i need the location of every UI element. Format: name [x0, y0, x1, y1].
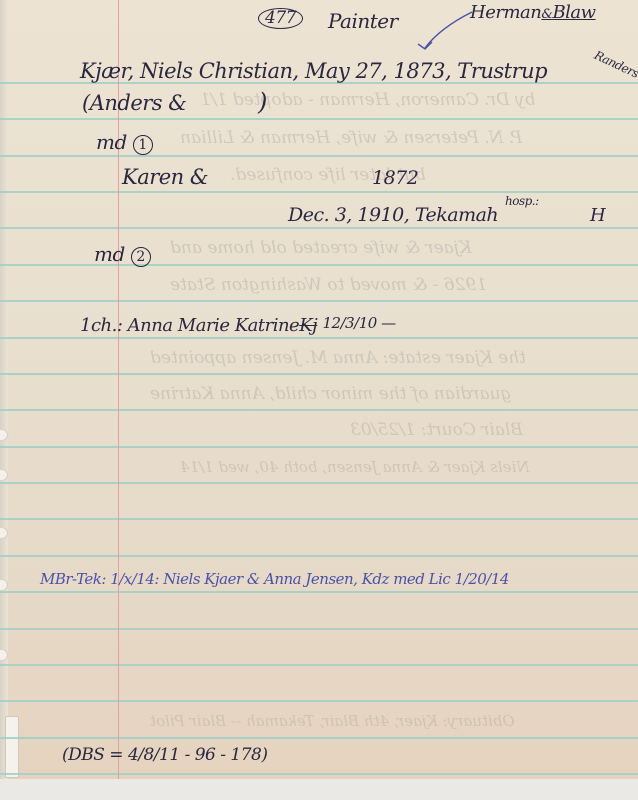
death-date: Dec. 3, 1910, Tekamah — [288, 204, 498, 226]
bleedthrough-text: the Kjaer estate: Anna M. Jensen appoint… — [150, 348, 526, 368]
bleedthrough-text: 1926 - & moved to Washington State — [170, 275, 487, 295]
ruling-line — [0, 118, 638, 120]
blue-ink-note: MBr-Tek: 1/x/14: Niels Kjaer & Anna Jens… — [40, 570, 509, 588]
scan-background — [0, 779, 638, 800]
ruling-line — [0, 155, 638, 157]
bleedthrough-text: P. N. Petersen & wife, Herman & Lillian — [180, 128, 522, 148]
ruling-line — [0, 409, 638, 411]
ruling-line — [0, 337, 638, 339]
ruling-line — [0, 518, 638, 520]
ledger-page: by Dr. Cameron, Herman - adopted 1/1 P. … — [0, 0, 638, 779]
bleedthrough-text: by Dr. Cameron, Herman - adopted 1/1 — [200, 90, 535, 110]
ruling-line — [0, 227, 638, 229]
ruling-line — [0, 446, 638, 448]
ruling-line — [0, 373, 638, 375]
ruling-line — [0, 300, 638, 302]
ruling-line — [0, 482, 638, 484]
ruling-line — [0, 191, 638, 193]
spouse-1-name: Karen & — [122, 165, 208, 189]
entry-name-line: Kjær, Niels Christian, May 27, 1873, Tru… — [80, 59, 547, 83]
ruling-line — [0, 555, 638, 557]
footer-reference: (DBS = 4/8/11 - 96 - 178) — [62, 745, 268, 765]
death-code: H — [590, 205, 605, 226]
ruling-line — [0, 664, 638, 666]
marriage-1-label: md 1 — [96, 130, 153, 155]
ruling-line — [0, 628, 638, 630]
bleedthrough-text: Obituary: Kjaer, 4th Blair, Tekamah -- B… — [150, 712, 515, 730]
ruling-line — [0, 591, 638, 593]
ruling-line — [0, 700, 638, 702]
death-note: hosp.: — [505, 194, 539, 208]
ruling-line — [0, 773, 638, 775]
bleedthrough-text: guardian of the minor child, Anna Katrin… — [150, 384, 511, 404]
children-line: 1ch.: Anna Marie KatrineKj 12/3/10 — — [80, 314, 396, 336]
parents-line: (Anders & — [82, 91, 186, 115]
marriage-2-label: md 2 — [94, 242, 151, 267]
ruling-line — [0, 737, 638, 739]
bleedthrough-text: Kjaer & wife created old home and — [170, 238, 472, 258]
parents-close: ) — [258, 88, 267, 116]
binding-edge — [0, 0, 8, 779]
margin-line — [118, 0, 119, 779]
torn-tab — [5, 716, 19, 778]
bleedthrough-text: Niels Kjaer & Anna Jensen, both 40, wed … — [180, 458, 529, 476]
bleedthrough-text: Blair Court: 1/25/03 — [350, 420, 523, 440]
spouse-1-year: 1872 — [372, 167, 418, 189]
